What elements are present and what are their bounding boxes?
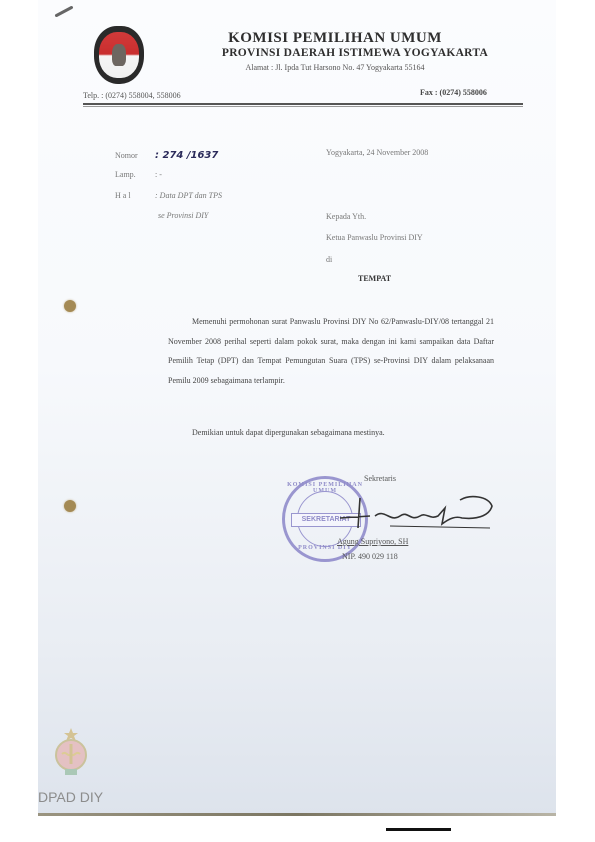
kpu-logo-icon <box>94 26 144 84</box>
handwritten-signature <box>330 488 500 538</box>
punch-hole <box>64 500 76 512</box>
watermark-label: DPAD DIY <box>38 789 103 805</box>
hal-value-cont: se Provinsi DIY <box>158 211 208 220</box>
lamp-label: Lamp. <box>115 170 155 179</box>
recipient-greeting: Kepada Yth. <box>326 212 366 221</box>
body-paragraph-2: Demikian untuk dapat dipergunakan sebaga… <box>168 423 494 443</box>
hal-label: H a l <box>115 191 155 200</box>
lamp-value: : - <box>155 170 162 179</box>
org-fax: Fax : (0274) 558006 <box>420 88 487 97</box>
document-page <box>38 0 556 815</box>
signatory-name: Agung Supriyono, SH <box>337 537 408 546</box>
recipient-place: TEMPAT <box>358 274 391 283</box>
hal-value: : Data DPT dan TPS <box>155 191 222 200</box>
nomor-value: : 274 /1637 <box>155 150 218 161</box>
signatory-nip: NIP. 490 029 118 <box>342 552 398 561</box>
recipient-di: di <box>326 255 332 264</box>
org-address: Alamat : Jl. Ipda Tut Harsono No. 47 Yog… <box>145 63 525 72</box>
scan-artifact-bar <box>386 828 451 831</box>
body-paragraph-1: Memenuhi permohonan surat Panwaslu Provi… <box>168 312 494 390</box>
lamp-row: Lamp.: - <box>115 170 162 179</box>
letterhead-divider <box>83 103 523 105</box>
nomor-label: Nomor <box>115 151 155 160</box>
org-name: KOMISI PEMILIHAN UMUM <box>145 30 525 47</box>
place-date: Yogyakarta, 24 November 2008 <box>326 148 428 157</box>
org-province: PROVINSI DAERAH ISTIMEWA YOGYAKARTA <box>145 47 565 59</box>
page-edge <box>38 813 556 816</box>
signature-title: Sekretaris <box>364 474 396 483</box>
letterhead-divider-thin <box>83 106 523 107</box>
org-telp: Telp. : (0274) 558004, 558006 <box>83 91 181 100</box>
hal-row: H a l: Data DPT dan TPS <box>115 191 222 200</box>
punch-hole <box>64 300 76 312</box>
diy-coat-of-arms-icon <box>50 728 92 778</box>
nomor-row: Nomor: 274 /1637 <box>115 150 218 161</box>
recipient-name: Ketua Panwaslu Provinsi DIY <box>326 233 423 242</box>
